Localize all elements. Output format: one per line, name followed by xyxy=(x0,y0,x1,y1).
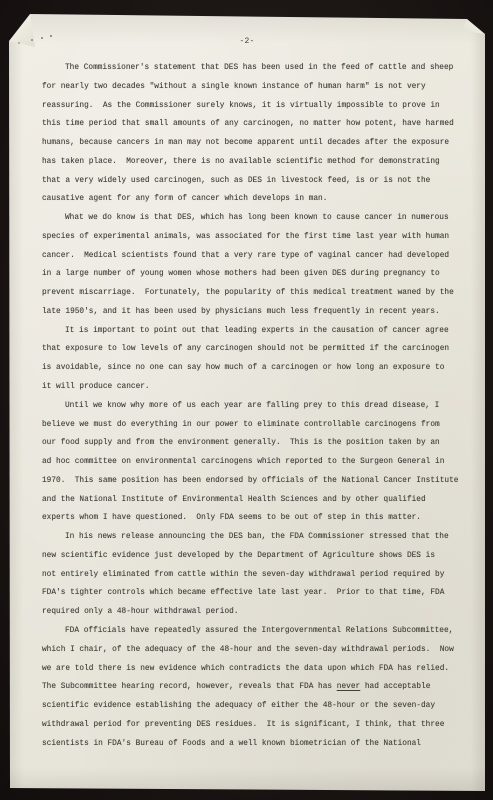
document-line: causative agent for any form of cancer w… xyxy=(42,190,472,209)
document-line: our food supply and from the environment… xyxy=(42,434,472,453)
document-line: humans, because cancers in man may not b… xyxy=(42,134,472,153)
document-line: in a large number of young women whose m… xyxy=(42,265,472,284)
document-line: withdrawal period for preventing DES res… xyxy=(42,716,472,735)
document-line: believe we must do everything in our pow… xyxy=(42,416,472,435)
document-line: FDA's tighter controls which became effe… xyxy=(42,584,472,603)
document-line: that a very widely used carcinogen, such… xyxy=(42,172,472,191)
underlined-text: never xyxy=(337,683,360,691)
document-line: reassuring. As the Commissioner surely k… xyxy=(42,97,472,116)
document-line: this time period that small amounts of a… xyxy=(42,115,472,134)
document-line: What we do know is that DES, which has l… xyxy=(42,209,472,228)
document-line: that exposure to low levels of any carci… xyxy=(42,340,472,359)
document-line: has taken place. Moreover, there is no a… xyxy=(42,153,472,172)
document-line: late 1950's, and it has been used by phy… xyxy=(42,303,472,322)
document-line: not entirely eliminated from cattle with… xyxy=(42,566,472,585)
document-line: for nearly two decades "without a single… xyxy=(42,78,472,97)
document-line: FDA officials have repeatedly assured th… xyxy=(42,622,472,641)
paper-page: -2- The Commissioner's statement that DE… xyxy=(9,12,485,791)
document-line: ad hoc committee on environmental carcin… xyxy=(42,453,472,472)
document-line: In his news release announcing the DES b… xyxy=(42,528,472,547)
document-line: scientific evidence establishing the ade… xyxy=(42,697,472,716)
document-line: prevent miscarriage. Fortunately, the po… xyxy=(42,284,472,303)
page-number: -2- xyxy=(9,37,485,46)
document-line: It is important to point out that leadin… xyxy=(42,322,472,341)
document-line: we are told there is new evidence which … xyxy=(42,660,472,679)
document-line: and the National Institute of Environmen… xyxy=(42,491,472,510)
document-line: 1970. This same position has been endors… xyxy=(42,472,472,491)
document-line: experts whom I have questioned. Only FDA… xyxy=(42,509,472,528)
document-line: which I chair, of the adequacy of the 48… xyxy=(42,641,472,660)
document-line: Until we know why more of us each year a… xyxy=(42,397,472,416)
document-line: The Commissioner's statement that DES ha… xyxy=(42,59,472,78)
document-line: scientists in FDA's Bureau of Foods and … xyxy=(42,735,472,754)
document-line: is avoidable, since no one can say how m… xyxy=(42,359,472,378)
document-line: species of experimental animals, was ass… xyxy=(42,228,472,247)
document-line: The Subcommittee hearing record, however… xyxy=(42,678,472,697)
dogear-top-left xyxy=(9,12,41,52)
document-line: required only a 48-hour withdrawal perio… xyxy=(42,603,472,622)
scan-background: -2- The Commissioner's statement that DE… xyxy=(0,0,493,800)
document-body: The Commissioner's statement that DES ha… xyxy=(42,59,472,753)
document-line: new scientific evidence just developed b… xyxy=(42,547,472,566)
document-line: cancer. Medical scientists found that a … xyxy=(42,247,472,266)
document-line: it will produce cancer. xyxy=(42,378,472,397)
